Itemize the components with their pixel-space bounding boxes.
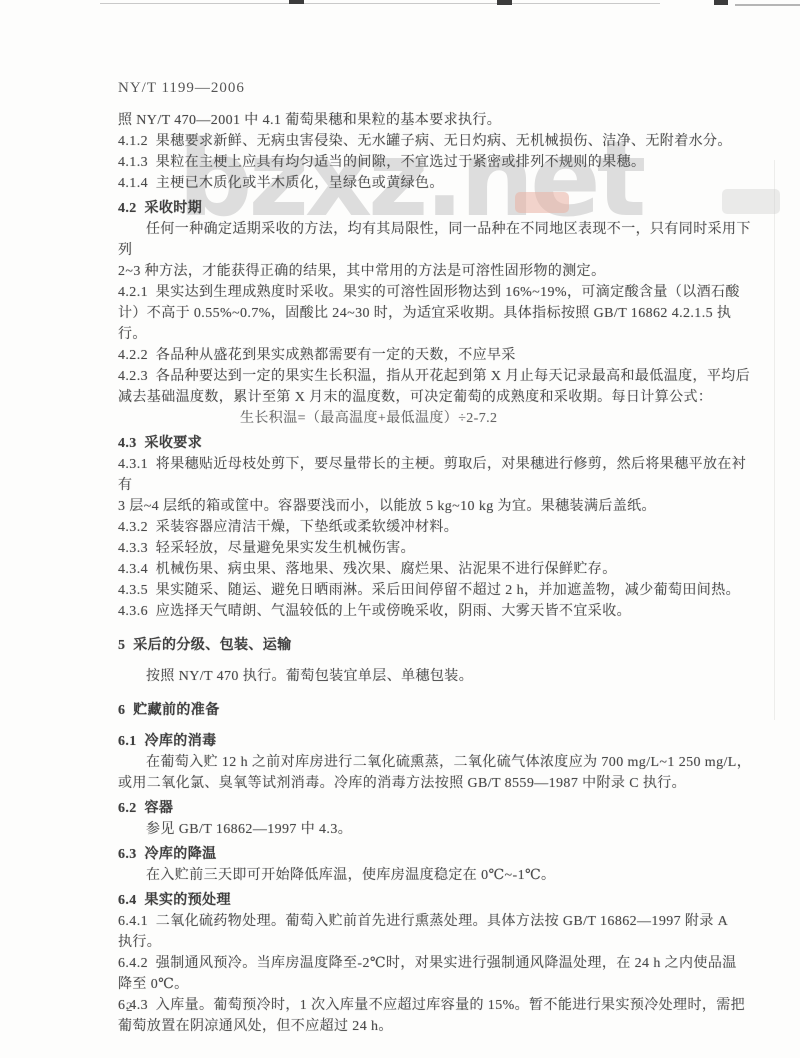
doc-line: 执行。	[118, 932, 752, 953]
doc-line: 4.3.1 将果穗贴近母枝处剪下，要尽量带长的主梗。剪取后，对果穗进行修剪，然后…	[118, 454, 752, 496]
formula-line: 生长积温=（最高温度+最低温度）÷2-7.2	[118, 408, 752, 429]
doc-line: 在葡萄入贮 12 h 之前对库房进行二氧化硫熏蒸，二氧化硫气体浓度应为 700 …	[118, 752, 752, 773]
section-heading: 4.3 采收要求	[118, 433, 752, 454]
doc-line: 4.2.2 各品种从盛花到果实成熟都需要有一定的天数，不应早采	[118, 345, 752, 366]
doc-line: 4.3.3 轻采轻放，尽量避免果实发生机械伤害。	[118, 538, 752, 559]
scan-artifact-top-line-right	[735, 4, 800, 6]
scan-artifact-tab-3	[714, 0, 728, 5]
doc-line: 按照 NY/T 470 执行。葡萄包装宜单层、单穗包装。	[118, 666, 752, 687]
doc-line: 6.4.3 入库量。葡萄预冷时，1 次入库量不应超过库容量的 15%。暂不能进行…	[118, 995, 752, 1016]
doc-line: 在入贮前三天即可开始降低库温，使库房温度稳定在 0℃~-1℃。	[118, 865, 752, 886]
doc-line: 降至 0℃。	[118, 974, 752, 995]
doc-line: 4.3.4 机械伤果、病虫果、落地果、残次果、腐烂果、沾泥果不进行保鲜贮存。	[118, 559, 752, 580]
doc-line: 4.1.3 果粒在主梗上应具有均匀适当的间隙，不宜选过于紧密或排列不规则的果穗。	[118, 152, 752, 173]
scan-artifact-tab-2	[497, 0, 512, 5]
doc-line: 4.3.6 应选择天气晴朗、气温较低的上午或傍晚采收，阴雨、大雾天皆不宜采收。	[118, 601, 752, 622]
chapter-heading: 6 贮藏前的准备	[118, 700, 752, 721]
doc-line: 4.2.1 果实达到生理成熟度时采收。果实的可溶性固形物达到 16%~19%，可…	[118, 282, 752, 303]
doc-line: 减去基础温度数，累计至第 X 月末的温度数，可决定葡萄的成熟度和采收期。每日计算…	[118, 387, 752, 408]
scan-artifact-tab-1	[289, 0, 304, 4]
section-heading: 6.1 冷库的消毒	[118, 731, 752, 752]
doc-line: 6.4.2 强制通风预冷。当库房温度降至-2℃时，对果实进行强制通风降温处理，在…	[118, 953, 752, 974]
doc-line: 参见 GB/T 16862—1997 中 4.3。	[118, 819, 752, 840]
doc-line: 6.4.1 二氧化硫药物处理。葡萄入贮前首先进行熏蒸处理。具体方法按 GB/T …	[118, 911, 752, 932]
doc-line: 计）不高于 0.55%~0.7%，固酸比 24~30 时，为适宜采收期。具体指标…	[118, 303, 752, 324]
doc-line: 4.1.4 主梗已木质化或半木质化，呈绿色或黄绿色。	[118, 173, 752, 194]
doc-line: 照 NY/T 470—2001 中 4.1 葡萄果穗和果粒的基本要求执行。	[118, 110, 752, 131]
standard-number: NY/T 1199—2006	[118, 80, 245, 97]
chapter-heading: 5 采后的分级、包装、运输	[118, 635, 752, 656]
scan-artifact-top-line	[100, 3, 660, 4]
section-heading: 6.4 果实的预处理	[118, 890, 752, 911]
doc-line: 行。	[118, 324, 752, 345]
doc-line: 4.3.5 果实随采、随运、避免日晒雨淋。采后田间停留不超过 2 h，并加遮盖物…	[118, 580, 752, 601]
doc-line: 4.2.3 各品种要达到一定的果实生长积温，指从开花起到第 X 月止每天记录最高…	[118, 366, 752, 387]
page-number: 2	[126, 999, 133, 1015]
scan-crease-line	[774, 160, 775, 720]
doc-line: 2~3 种方法，才能获得正确的结果，其中常用的方法是可溶性固形物的测定。	[118, 261, 752, 282]
document-body: 照 NY/T 470—2001 中 4.1 葡萄果穗和果粒的基本要求执行。 4.…	[118, 110, 752, 1037]
doc-line: 4.3.2 采装容器应清洁干燥，下垫纸或柔软缓冲材料。	[118, 517, 752, 538]
doc-line: 任何一种确定适期采收的方法，均有其局限性，同一品种在不同地区表现不一，只有同时采…	[118, 219, 752, 261]
doc-line: 3 层~4 层纸的箱或筐中。容器要浅而小，以能放 5 kg~10 kg 为宜。果…	[118, 496, 752, 517]
doc-line: 葡萄放置在阴凉通风处，但不应超过 24 h。	[118, 1016, 752, 1037]
section-heading: 6.2 容器	[118, 798, 752, 819]
document-page: bzxz.net NY/T 1199—2006 照 NY/T 470—2001 …	[0, 0, 800, 1058]
section-heading: 4.2 采收时期	[118, 198, 752, 219]
doc-line: 4.1.2 果穗要求新鲜、无病虫害侵染、无水罐子病、无日灼病、无机械损伤、洁净、…	[118, 131, 752, 152]
section-heading: 6.3 冷库的降温	[118, 844, 752, 865]
doc-line: 或用二氧化氯、臭氧等试剂消毒。冷库的消毒方法按照 GB/T 8559—1987 …	[118, 773, 752, 794]
